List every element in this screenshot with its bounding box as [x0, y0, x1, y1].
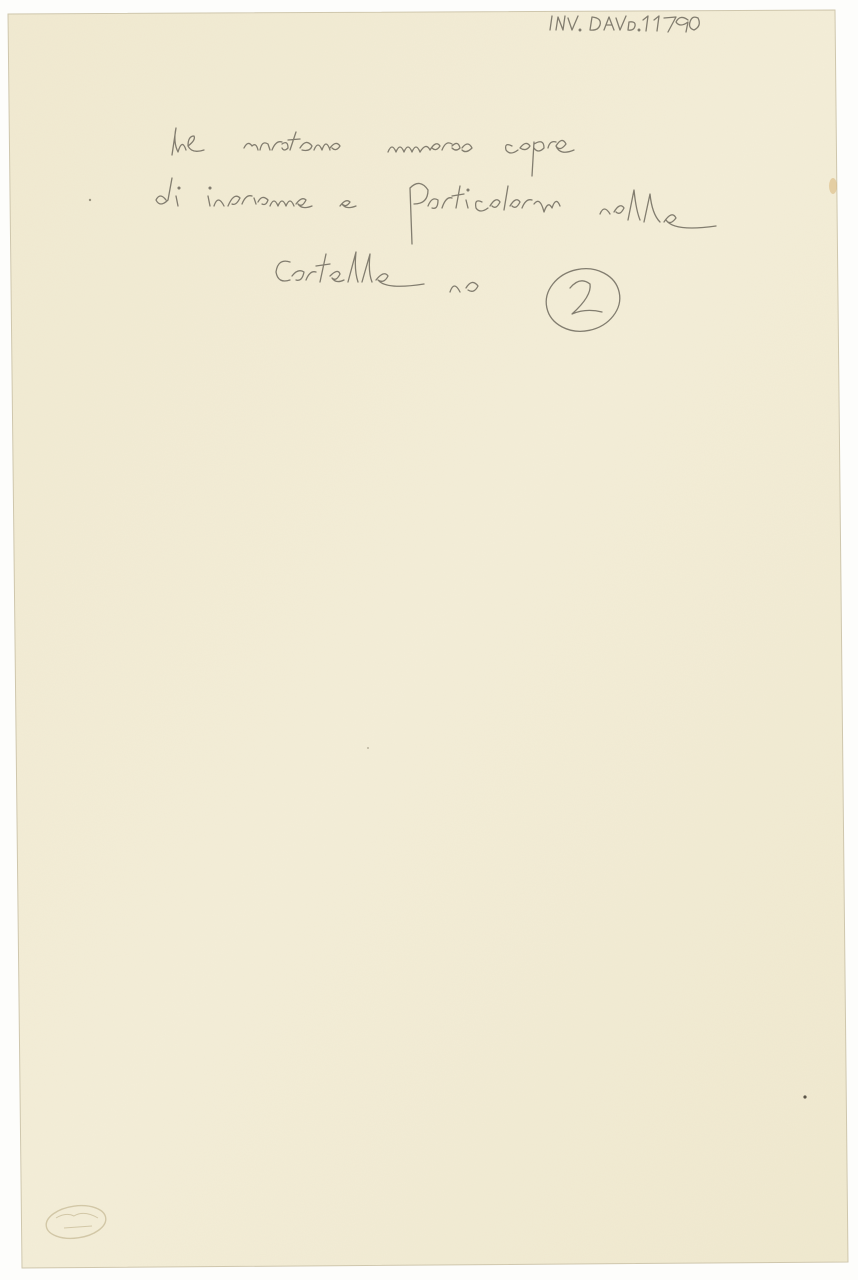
paper-sheet	[0, 0, 858, 1280]
scanned-document: INV. DAV.D. 1190 Ne esistono numerose co…	[0, 0, 858, 1280]
